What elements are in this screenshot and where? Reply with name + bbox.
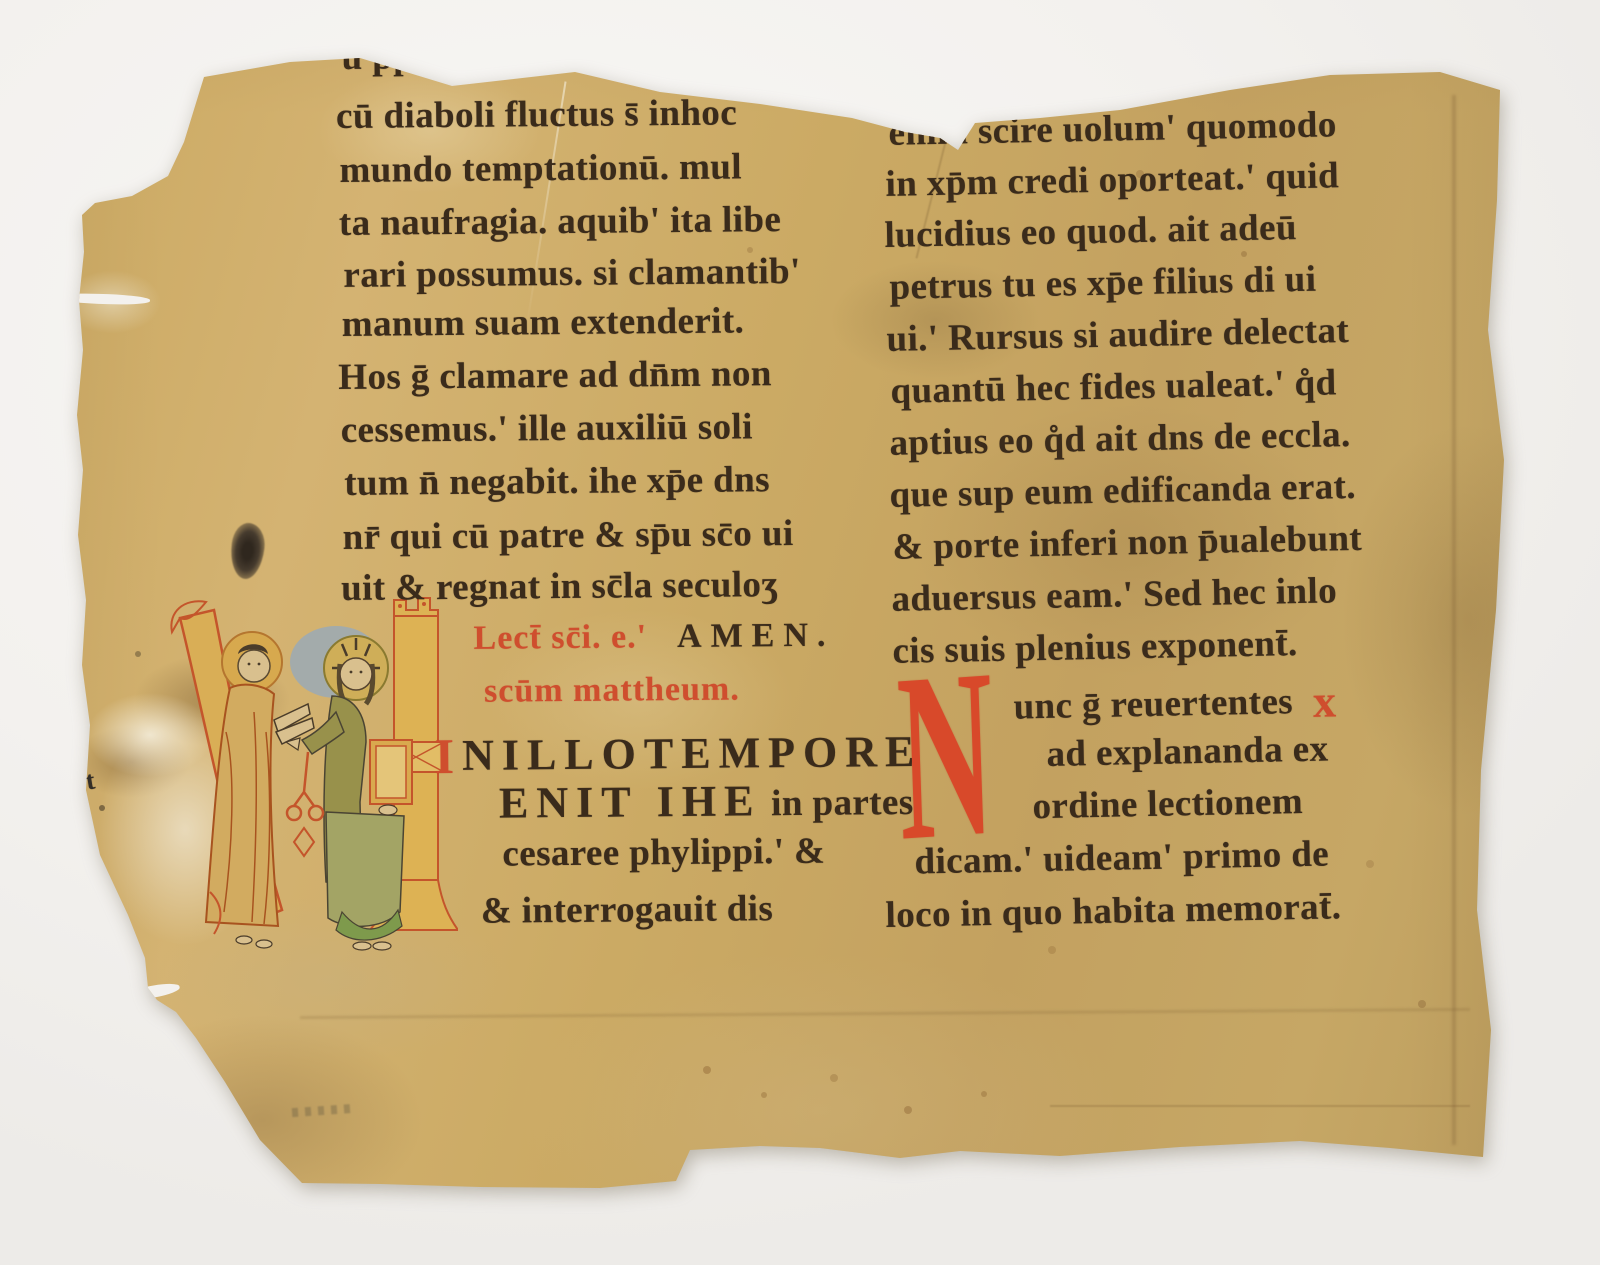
manuscript-line: manum suam extenderit. — [342, 299, 745, 346]
manuscript-line: & porte inferi non p̄ualebunt — [892, 517, 1362, 569]
ornament-diamond — [294, 828, 314, 856]
eye — [248, 663, 251, 666]
foot — [256, 940, 272, 948]
manuscript-line: mundo temptationū. mul — [339, 145, 742, 192]
text-column-right: i fide oi enim scire uolum' quomodo in x… — [880, 0, 1459, 1000]
leaf-shadow-wrap: t u ppu ratu cū diaboli fluctus s̄ inhoc… — [0, 0, 1600, 1265]
manuscript-line: que sup eum edificanda erat. — [889, 465, 1356, 517]
ink-blot — [228, 521, 268, 581]
manuscript-line: enim scire uolum' quomodo — [888, 103, 1337, 155]
manuscript-line: loco in quo habita memorat̄. — [885, 885, 1342, 937]
rubric-line-secundum-mattheum: scūm mattheum. — [484, 670, 740, 710]
manuscript-line: petrus tu es xp̄e filius di ui — [889, 258, 1317, 309]
rubric-line: Lect̄ sc̄i. e.'AMEN. — [473, 617, 834, 658]
rubric-text: Lect̄ sc̄i. e.' — [473, 618, 647, 657]
manuscript-line: lucidius eo quod. ait adeū — [884, 206, 1297, 257]
manuscript-line: cessemus.' ille auxiliū soli — [341, 405, 753, 452]
red-initial-I: I — [434, 728, 454, 784]
manuscript-line: ad explananda ex — [1046, 728, 1329, 776]
manuscript-line: tum n̄ negabit. ihe xp̄e dns — [344, 458, 770, 505]
head — [238, 650, 270, 682]
manuscript-line: ordine lectionem — [1032, 780, 1303, 828]
incipit-minuscule: in partes — [761, 782, 913, 824]
key-bow — [287, 806, 301, 820]
tear-slit — [121, 981, 180, 1003]
eye — [258, 663, 261, 666]
fold-line — [1050, 1105, 1470, 1107]
key-bow — [309, 806, 323, 820]
manuscript-line: cū diaboli fluctus s̄ inhoc — [336, 91, 737, 137]
manuscript-line: ui.' Rursus si audire delectat — [886, 309, 1349, 361]
amen-text: AMEN. — [677, 617, 835, 655]
manuscript-line: nr̄ qui cū patre & sp̄u sc̄o ui — [343, 512, 794, 559]
foot — [236, 936, 252, 944]
manuscript-line: & interrogauit dis — [481, 887, 774, 933]
manuscript-line: Hos ḡ clamare ad dn̄m non — [338, 352, 772, 399]
manuscript-line: uit & regnat in sc̄la seculoʒ — [341, 563, 779, 610]
incipit-line: ENIT IHE in partes — [499, 774, 914, 829]
parchment-speckles — [0, 0, 4, 4]
incipit-capitals: NILLOTEMPORE — [462, 727, 923, 780]
manuscript-line: aduersus eam.' Sed hec inlo — [891, 569, 1337, 621]
nunc-line-text: unc ḡ reuertentes — [1013, 681, 1293, 727]
text-column-left: u ppu ratu cū diaboli fluctus s̄ inhoc m… — [335, 0, 884, 1000]
manuscript-line: in xp̄m credi oporteat.' quid — [885, 154, 1339, 206]
manuscript-line: ta naufragia. aquib' ita libe — [339, 198, 782, 245]
manuscript-line: unc ḡ reuertentesx — [1013, 674, 1337, 733]
manuscript-line: dicam.' uideam' primo de — [914, 833, 1329, 884]
tear-slit — [56, 292, 150, 305]
manuscript-leaf: t u ppu ratu cū diaboli fluctus s̄ inhoc… — [0, 0, 1600, 1265]
trimmed-line-fragment: i fide oi — [1096, 58, 1218, 103]
manuscript-line: aptius eo q̊d ait dns de eccla. — [889, 413, 1351, 465]
photo-background: t u ppu ratu cū diaboli fluctus s̄ inhoc… — [0, 0, 1600, 1265]
manuscript-line: cesaree phylippi.' & — [502, 830, 825, 876]
manuscript-line: quantū hec fides ualeat.' q̊d — [890, 361, 1337, 413]
incipit-capitals: ENIT IHE — [499, 776, 762, 827]
fold-line — [300, 1008, 1470, 1019]
margin-mark: t — [84, 766, 97, 797]
manuscript-line: rari possumus. si clamantib' — [343, 250, 801, 297]
trimmed-line-fragment: u ppu ratu — [341, 34, 514, 79]
keys-icon — [294, 752, 314, 806]
faint-marginal-scribble — [292, 1104, 354, 1117]
red-chapter-mark-x: x — [1313, 675, 1337, 726]
